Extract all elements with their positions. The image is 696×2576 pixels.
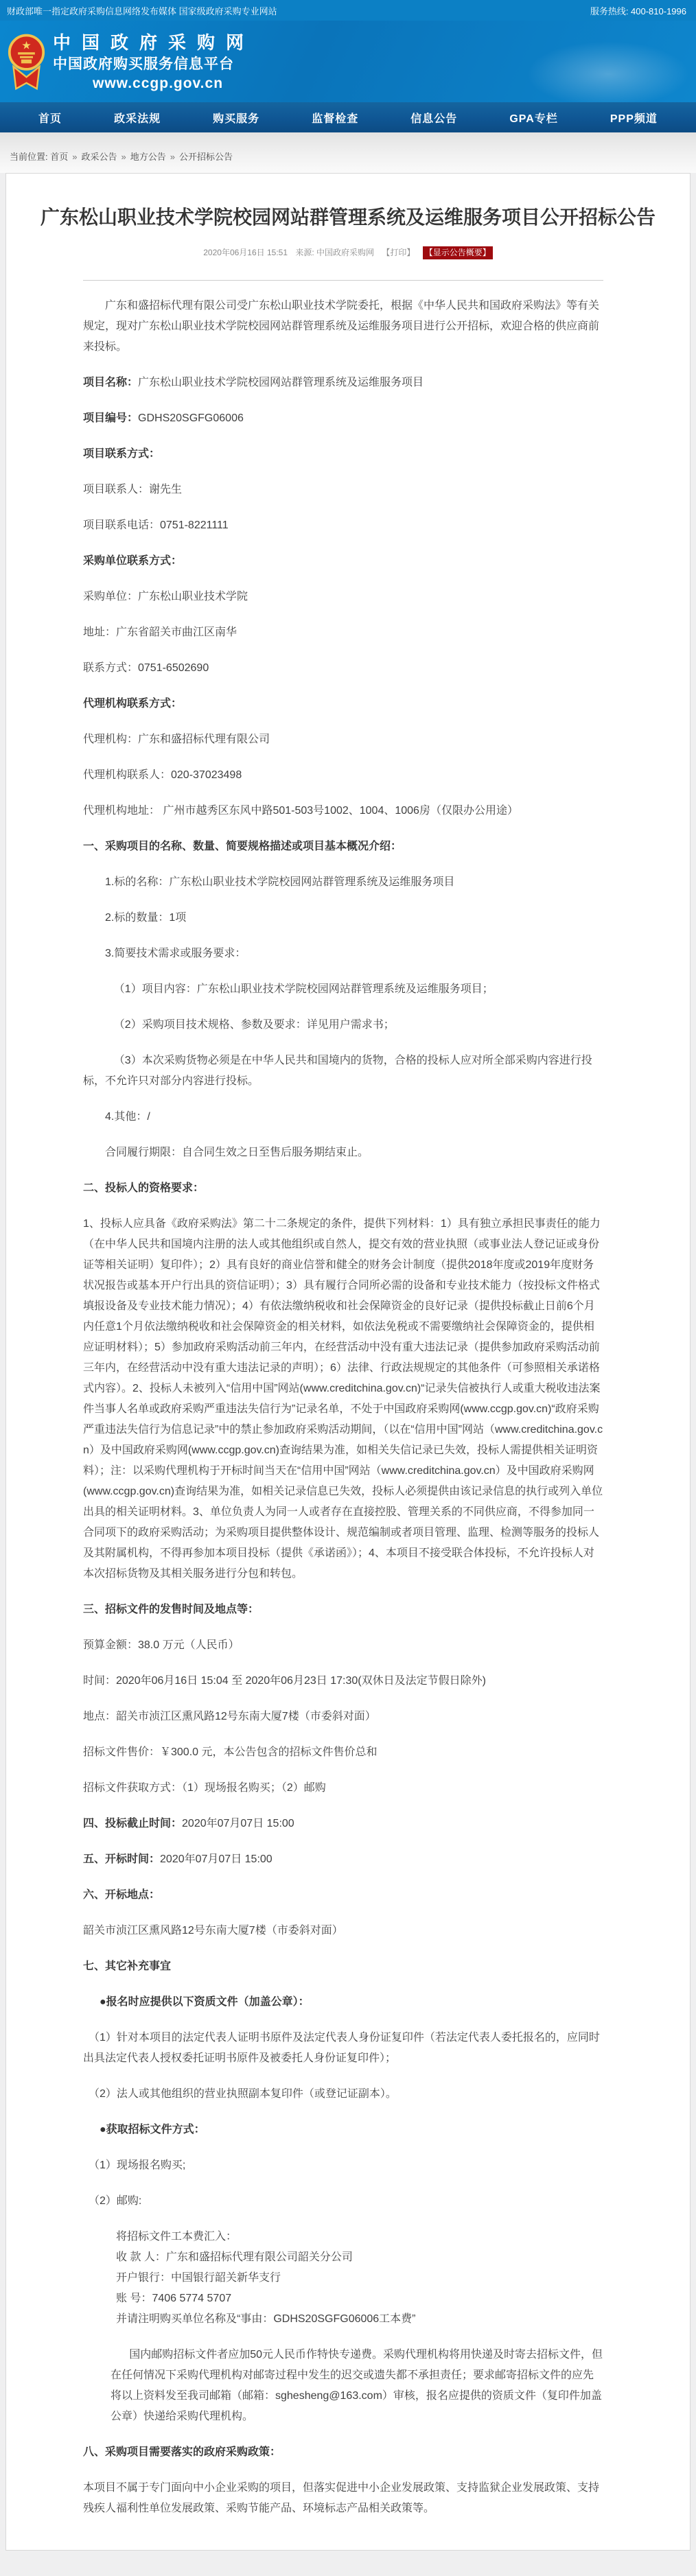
- article-paragraph: 时间：2020年06月16日 15:04 至 2020年06月23日 17:30…: [83, 1671, 603, 1691]
- breadcrumb-link[interactable]: 政采公告: [82, 152, 117, 162]
- article-paragraph: 七、其它补充事宜: [83, 1956, 603, 1977]
- article-paragraph: 项目联系电话：0751-8221111: [83, 515, 603, 536]
- article-paragraph: 代理机构：广东和盛招标代理有限公司: [83, 729, 603, 750]
- article-paragraph: 代理机构联系方式：: [83, 694, 603, 714]
- article-paragraph: 一、采购项目的名称、数量、简要规格描述或项目基本概况介绍：: [83, 836, 603, 857]
- article-paragraph: 招标文件售价：￥300.0 元，本公告包含的招标文件售价总和: [83, 1742, 603, 1763]
- title-divider: [83, 280, 603, 281]
- site-logo-text: 中国政府采购网 中国政府购买服务信息平台 www.ccgp.gov.cn: [53, 31, 255, 93]
- breadcrumb-links: 首页»政采公告»地方公告»公开招标公告: [50, 152, 233, 162]
- top-service-bar: 财政部唯一指定政府采购信息网络发布媒体 国家级政府采购专业网站 服务热线: 40…: [0, 0, 696, 21]
- publish-datetime: 2020年06月16日 15:51: [203, 248, 288, 257]
- nav-item[interactable]: GPA专栏: [509, 110, 558, 126]
- breadcrumb-separator: »: [170, 152, 175, 162]
- article-paragraph: （2）采购项目技术规格、参数及要求：详见用户需求书；: [83, 1015, 603, 1035]
- article-paragraph: 地址：广东省韶关市曲江区南华: [83, 622, 603, 643]
- nav-item[interactable]: 监督检查: [312, 110, 358, 126]
- article-content: 广东和盛招标代理有限公司受广东松山职业技术学院委托，根据《中华人民共和国政府采购…: [83, 280, 603, 2519]
- article-paragraph: 采购单位联系方式：: [83, 551, 603, 572]
- svg-text:★: ★: [21, 39, 31, 51]
- article-paragraph: 地点：韶关市浈江区熏风路12号东南大厦7楼（市委斜对面）: [83, 1707, 603, 1727]
- breadcrumb-separator: »: [72, 152, 77, 162]
- article-paragraph: 八、采购项目需要落实的政府采购政策：: [83, 2442, 603, 2463]
- page: 财政部唯一指定政府采购信息网络发布媒体 国家级政府采购专业网站 服务热线: 40…: [0, 0, 696, 2551]
- show-summary-button[interactable]: 【显示公告概要】: [423, 246, 493, 259]
- nav-item[interactable]: 政采法规: [114, 110, 161, 126]
- article-paragraph: 项目名称：广东松山职业技术学院校园网站群管理系统及运维服务项目: [83, 373, 603, 393]
- breadcrumb-link[interactable]: 公开招标公告: [179, 152, 233, 162]
- page-title: 广东松山职业技术学院校园网站群管理系统及运维服务项目公开招标公告: [6, 205, 690, 230]
- site-name: 中国政府采购网: [53, 31, 255, 54]
- national-emblem-logo: ★: [7, 29, 46, 94]
- print-button[interactable]: 【打印】: [382, 248, 415, 257]
- article-paragraph: 韶关市浈江区熏风路12号东南大厦7楼（市委斜对面）: [83, 1921, 603, 1941]
- article-paragraph: 项目联系人：谢先生: [83, 480, 603, 500]
- article-paragraph: 本项目不属于专门面向中小企业采购的项目，但落实促进中小企业发展政策、支持监狱企业…: [83, 2478, 603, 2519]
- article-paragraph: 采购单位：广东松山职业技术学院: [83, 587, 603, 607]
- breadcrumb-link[interactable]: 地方公告: [130, 152, 166, 162]
- article-paragraph: 招标文件获取方式：（1）现场报名购买；（2）邮购: [83, 1778, 603, 1799]
- site-subtitle: 中国政府购买服务信息平台: [53, 54, 255, 74]
- article-paragraph: 六、开标地点：: [83, 1885, 603, 1906]
- article-paragraph: 项目编号：GDHS20SGFG06006: [83, 408, 603, 429]
- article-paragraph: （1）项目内容：广东松山职业技术学院校园网站群管理系统及运维服务项目；: [83, 979, 603, 1000]
- article-paragraph: 3.简要技术需求或服务要求：: [83, 944, 603, 964]
- article-paragraph: 将招标文件工本费汇入：收 款 人：广东和盛招标代理有限公司韶关分公司开户银行：中…: [116, 2227, 603, 2330]
- main-nav: 首页政采法规购买服务监督检查信息公告GPA专栏PPP频道: [0, 102, 696, 132]
- article-body: 广东和盛招标代理有限公司受广东松山职业技术学院委托，根据《中华人民共和国政府采购…: [83, 296, 603, 2519]
- article-source: 来源: 中国政府采购网: [295, 248, 374, 257]
- breadcrumb-separator: »: [121, 152, 126, 162]
- article-paragraph: 二、投标人的资格要求：: [83, 1178, 603, 1199]
- breadcrumb-label: 当前位置:: [10, 152, 48, 162]
- article-paragraph: 代理机构地址： 广州市越秀区东风中路501-503号1002、1004、1006…: [83, 801, 603, 821]
- site-url: www.ccgp.gov.cn: [53, 74, 255, 93]
- article-paragraph: 三、招标文件的发售时间及地点等：: [83, 1600, 603, 1620]
- breadcrumb-link[interactable]: 首页: [50, 152, 68, 162]
- article-paragraph: （2）法人或其他组织的营业执照副本复印件（或登记证副本）。: [83, 2084, 603, 2105]
- article-paragraph: （1）针对本项目的法定代表人证明书原件及法定代表人身份证复印件（若法定代表人委托…: [83, 2028, 603, 2069]
- article-paragraph: （3）本次采购货物必须是在中华人民共和国境内的货物，合格的投标人应对所全部采购内…: [83, 1051, 603, 1092]
- nav-item[interactable]: 信息公告: [410, 110, 457, 126]
- article-paragraph: 2.标的数量：1项: [83, 908, 603, 928]
- article-paragraph: 预算金额：38.0 万元（人民币）: [83, 1635, 603, 1656]
- article-paragraph: （2）邮购:: [83, 2191, 603, 2212]
- service-hotline: 服务热线: 400-810-1996: [590, 4, 686, 17]
- article-paragraph: 国内邮购招标文件者应加50元人民币作特快专递费。采购代理机构将用快递及时寄去招标…: [111, 2345, 603, 2427]
- article-paragraph: 四、投标截止时间：2020年07月07日 15:00: [83, 1814, 603, 1834]
- breadcrumb: 当前位置: 首页»政采公告»地方公告»公开招标公告: [0, 132, 696, 173]
- article-paragraph: 五、开标时间：2020年07月07日 15:00: [83, 1849, 603, 1870]
- article-paragraph: 1、投标人应具备《政府采购法》第二十二条规定的条件，提供下列材料：1）具有独立承…: [83, 1214, 603, 1584]
- article-paragraph: 1.标的名称：广东松山职业技术学院校园网站群管理系统及运维服务项目: [83, 872, 603, 893]
- article-paragraph: 广东和盛招标代理有限公司受广东松山职业技术学院委托，根据《中华人民共和国政府采购…: [83, 296, 603, 358]
- article-meta: 2020年06月16日 15:51 来源: 中国政府采购网 【打印】 【显示公告…: [6, 246, 690, 259]
- article-paragraph: ●获取招标文件方式：: [83, 2120, 603, 2140]
- nav-item[interactable]: PPP频道: [610, 110, 658, 126]
- article-paragraph: （1）现场报名购买;: [83, 2155, 603, 2176]
- nav-item[interactable]: 购买服务: [213, 110, 259, 126]
- article-paragraph: 项目联系方式：: [83, 444, 603, 465]
- site-banner: ★ 中国政府采购网 中国政府购买服务信息平台 www.ccgp.gov.cn: [0, 21, 696, 102]
- site-slogan: 财政部唯一指定政府采购信息网络发布媒体 国家级政府采购专业网站: [7, 4, 277, 17]
- nav-item[interactable]: 首页: [38, 110, 62, 126]
- article-paragraph: 联系方式：0751-6502690: [83, 658, 603, 679]
- article-paragraph: 4.其他：/: [83, 1107, 603, 1127]
- article-paragraph: ●报名时应提供以下资质文件（加盖公章）：: [83, 1992, 603, 2013]
- article-paragraph: 合同履行期限：自合同生效之日至售后服务期结束止。: [83, 1143, 603, 1163]
- announcement-panel: 广东松山职业技术学院校园网站群管理系统及运维服务项目公开招标公告 2020年06…: [5, 173, 691, 2551]
- article-paragraph: 代理机构联系人：020-37023498: [83, 765, 603, 786]
